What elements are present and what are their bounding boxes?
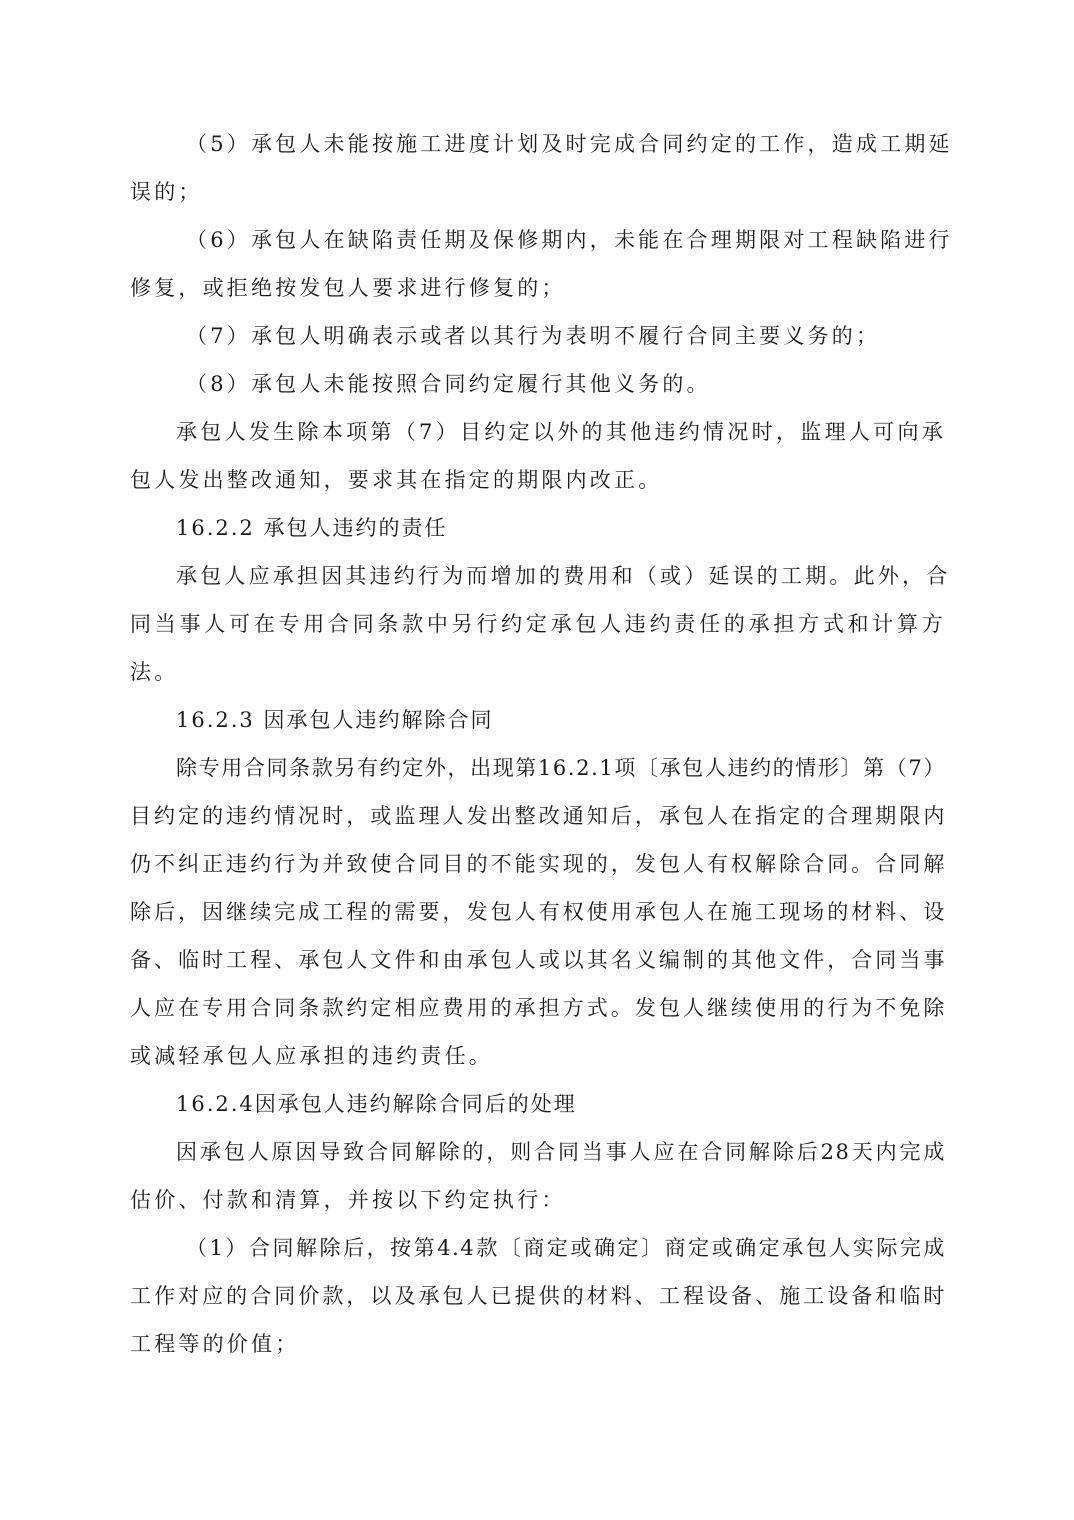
section-16-2-2-line-3: 法。 (130, 655, 946, 689)
list-item-5-line-1: （5）承包人未能按施工进度计划及时完成合同约定的工作，造成工期延 (186, 127, 946, 161)
section-16-2-3-line-6: 人应在专用合同条款约定相应费用的承担方式。发包人继续使用的行为不免除 (130, 991, 946, 1025)
section-heading-16-2-3: 16.2.3 因承包人违约解除合同 (176, 703, 992, 737)
list-item-6-line-1: （6）承包人在缺陷责任期及保修期内，未能在合理期限对工程缺陷进行 (186, 223, 946, 257)
section-16-2-2-line-2: 同当事人可在专用合同条款中另行约定承包人违约责任的承担方式和计算方 (130, 607, 946, 641)
list-item-1-line-1: （1）合同解除后，按第4.4款〔商定或确定〕商定或确定承包人实际完成 (186, 1231, 946, 1265)
list-item-8: （8）承包人未能按照合同约定履行其他义务的。 (186, 367, 946, 401)
list-item-1-line-2: 工作对应的合同价款，以及承包人已提供的材料、工程设备、施工设备和临时 (130, 1279, 946, 1313)
section-16-2-3-line-4: 除后，因继续完成工程的需要，发包人有权使用承包人在施工现场的材料、设 (130, 895, 946, 929)
list-item-6-line-2: 修复，或拒绝按发包人要求进行修复的； (130, 271, 946, 305)
section-16-2-4-line-1: 因承包人原因导致合同解除的，则合同当事人应在合同解除后28天内完成 (176, 1135, 946, 1169)
list-item-5-line-2: 误的； (130, 175, 946, 209)
section-16-2-3-line-3: 仍不纠正违约行为并致使合同目的不能实现的，发包人有权解除合同。合同解 (130, 847, 946, 881)
section-16-2-3-line-1: 除专用合同条款另有约定外，出现第16.2.1项〔承包人违约的情形〕第（7） (176, 751, 946, 785)
document-page: （5）承包人未能按施工进度计划及时完成合同约定的工作，造成工期延 误的； （6）… (0, 0, 1074, 1520)
section-16-2-2-line-1: 承包人应承担因其违约行为而增加的费用和（或）延误的工期。此外，合 (176, 559, 946, 593)
section-heading-16-2-2: 16.2.2 承包人违约的责任 (176, 511, 992, 545)
list-item-7: （7）承包人明确表示或者以其行为表明不履行合同主要义务的； (186, 319, 946, 353)
list-item-1-line-3: 工程等的价值； (130, 1327, 946, 1361)
note-paragraph-line-2: 包人发出整改通知，要求其在指定的期限内改正。 (130, 463, 946, 497)
note-paragraph-line-1: 承包人发生除本项第（7）目约定以外的其他违约情况时，监理人可向承 (176, 415, 946, 449)
section-16-2-3-line-5: 备、临时工程、承包人文件和由承包人或以其名义编制的其他文件，合同当事 (130, 943, 946, 977)
section-heading-16-2-4: 16.2.4因承包人违约解除合同后的处理 (176, 1087, 992, 1121)
section-16-2-3-line-7: 或减轻承包人应承担的违约责任。 (130, 1039, 946, 1073)
section-16-2-3-line-2: 目约定的违约情况时，或监理人发出整改通知后，承包人在指定的合理期限内 (130, 799, 946, 833)
section-16-2-4-line-2: 估价、付款和清算，并按以下约定执行： (130, 1183, 946, 1217)
